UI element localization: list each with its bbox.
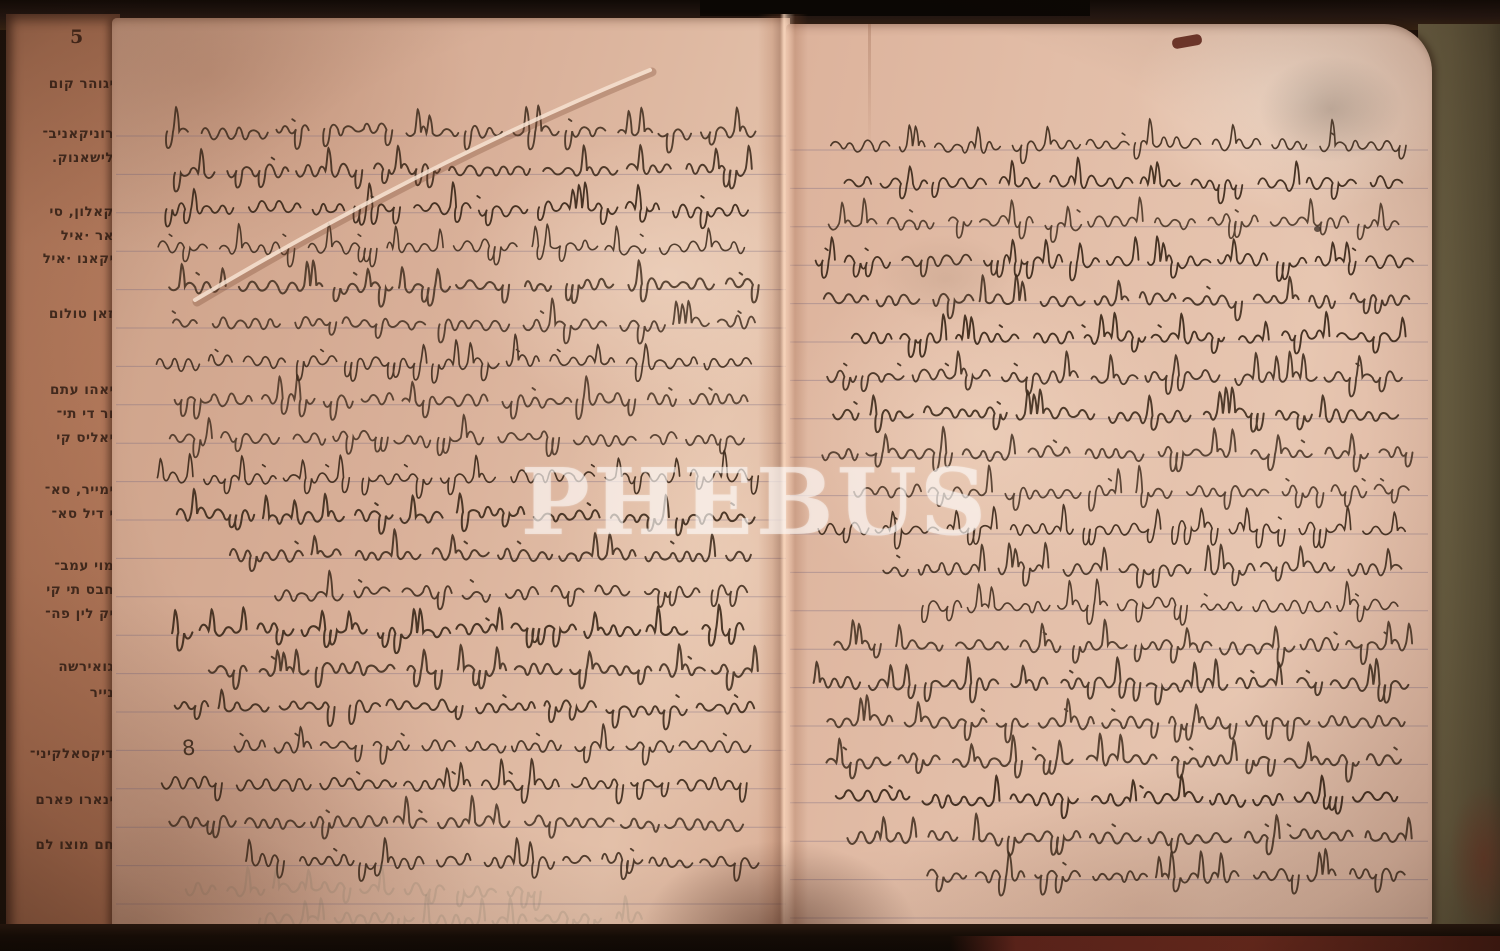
left-page-handwriting <box>112 18 790 936</box>
margin-fragment: ור די תי־ <box>57 408 114 422</box>
margin-fragment: דיקסאלקיני־ <box>30 748 114 762</box>
cover-red-stain <box>1448 784 1500 934</box>
margin-fragment: לישאנוק. <box>52 152 114 166</box>
margin-fragment: גואירשה <box>58 661 114 675</box>
margin-fragment: יקאנו ·איל <box>43 253 114 267</box>
margin-fragment: נייר <box>90 687 114 701</box>
handwritten-numeral: 8 <box>181 735 196 760</box>
right-page-crease <box>868 24 871 154</box>
page-number: 5 <box>70 26 83 48</box>
right-page <box>786 24 1432 934</box>
margin-fragment: חם מוצו לם <box>36 839 115 853</box>
margin-fragment: י דיל סא־ <box>51 508 114 522</box>
book-top-edge-dark-segment <box>700 0 1090 16</box>
book-photo: 5 יגוהר קוםרוניקאניב־לישאנוק.קאלון, סיאר… <box>0 0 1500 951</box>
margin-fragment: חבס תי קי <box>46 584 114 598</box>
margin-fragment: ימייר, סא־ <box>45 484 114 498</box>
printed-margin-page: 5 יגוהר קוםרוניקאניב־לישאנוק.קאלון, סיאר… <box>6 14 120 944</box>
left-page: 8 <box>112 18 790 936</box>
right-page-handwriting <box>786 24 1432 934</box>
bottom-maroon-strip <box>950 936 1500 951</box>
book-bottom-edge <box>0 924 1500 951</box>
margin-fragment: רוניקאניב־ <box>42 128 114 142</box>
margin-fragment: יגוהר קום <box>49 78 114 92</box>
margin-fragment: זאן טולום <box>49 308 114 322</box>
margin-fragment: יאהו עתם <box>50 384 114 398</box>
margin-fragment: ינארו פארם <box>35 794 114 808</box>
margin-fragment: יק לין פה־ <box>45 608 114 622</box>
margin-fragment: אר ·איל <box>61 230 114 244</box>
margin-fragment: קאלון, סי <box>49 206 114 220</box>
margin-fragment: מוי עמב־ <box>54 560 114 574</box>
margin-fragment: יאליס קי <box>56 432 114 446</box>
